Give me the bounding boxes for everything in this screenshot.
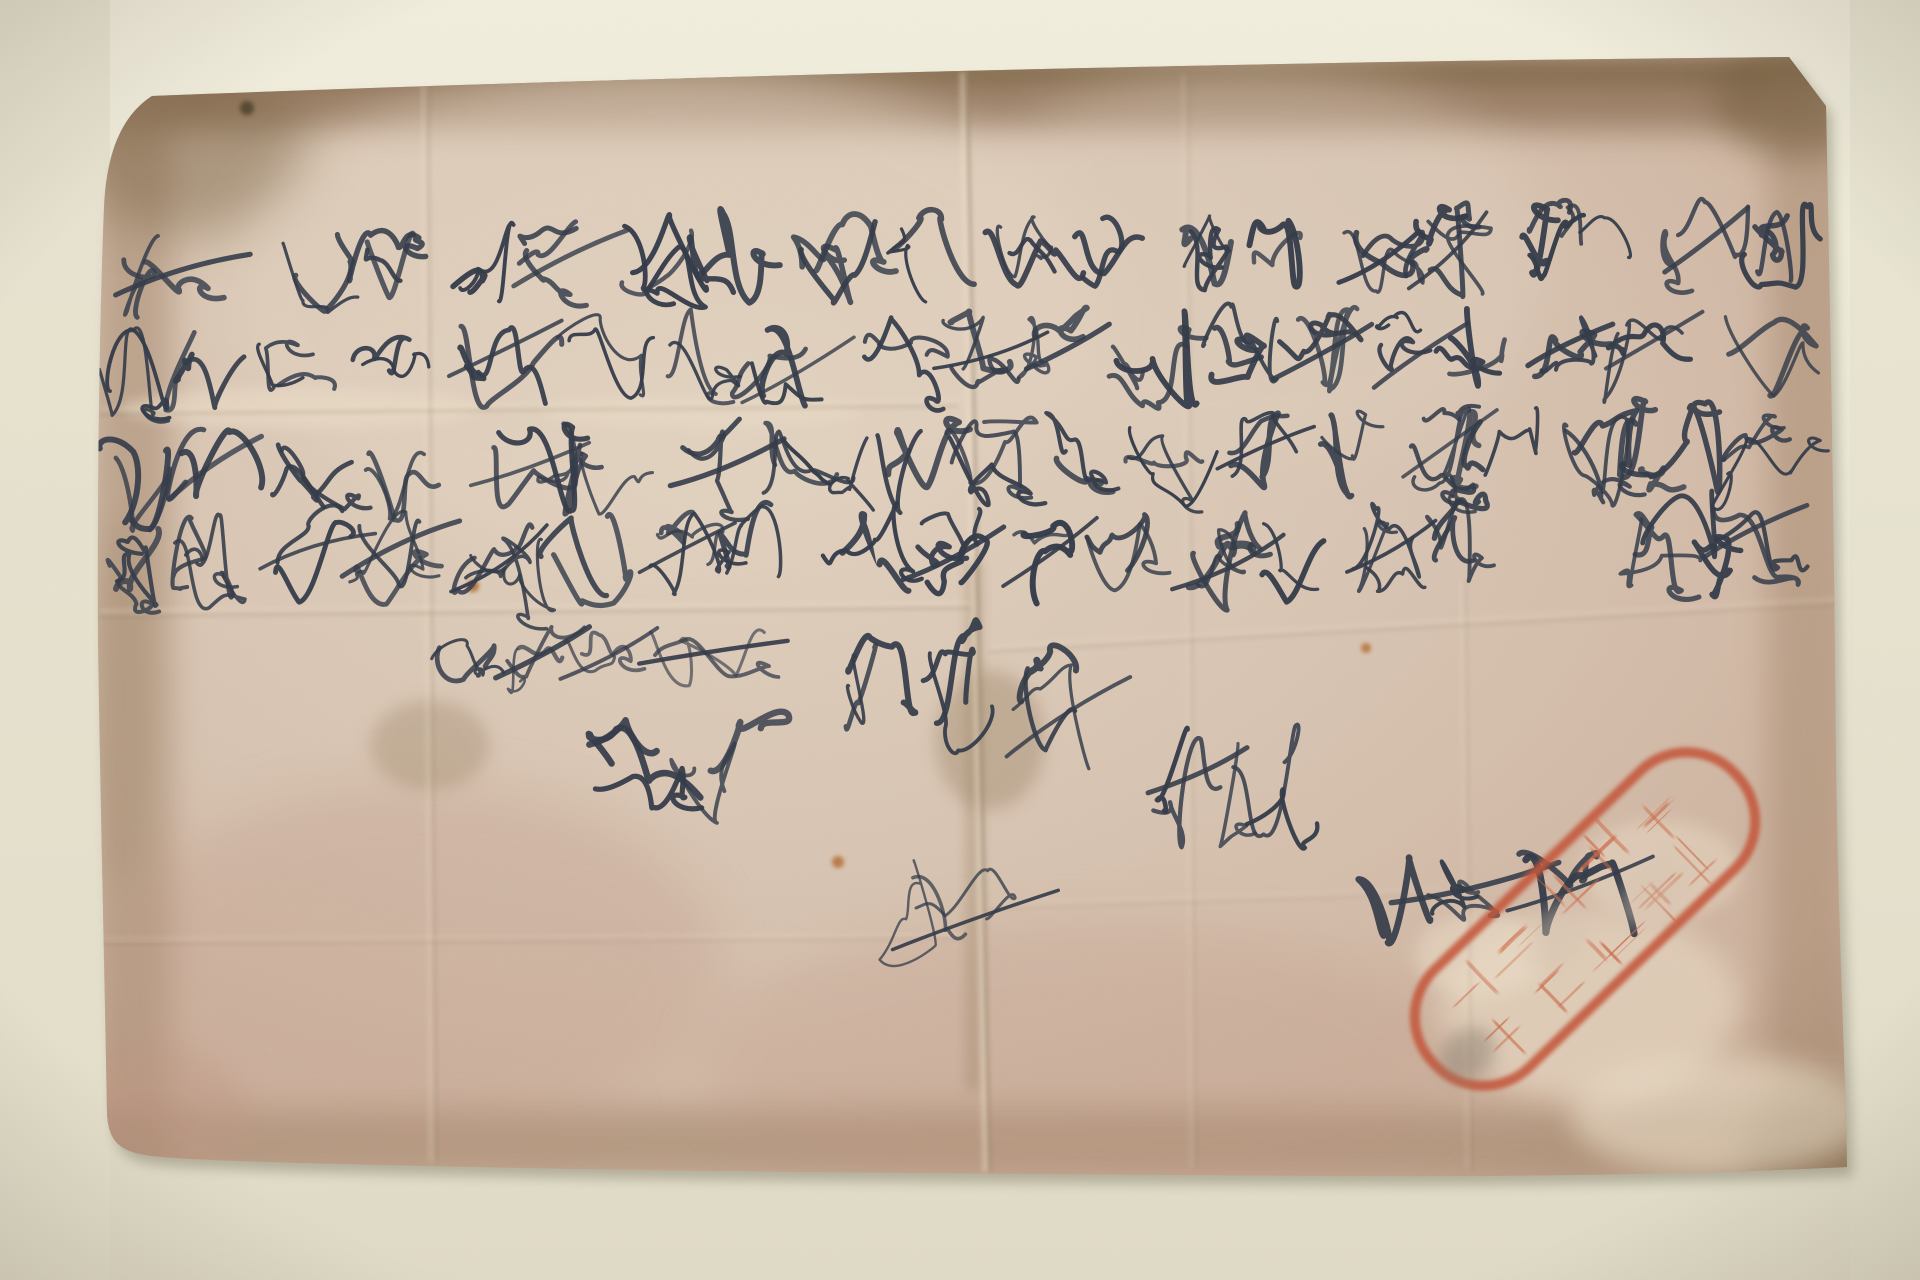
photograph-of-handwritten-letter	[0, 0, 1920, 1280]
photo-grain-vignette	[0, 0, 1920, 1280]
photo-of-document	[0, 0, 1920, 1280]
